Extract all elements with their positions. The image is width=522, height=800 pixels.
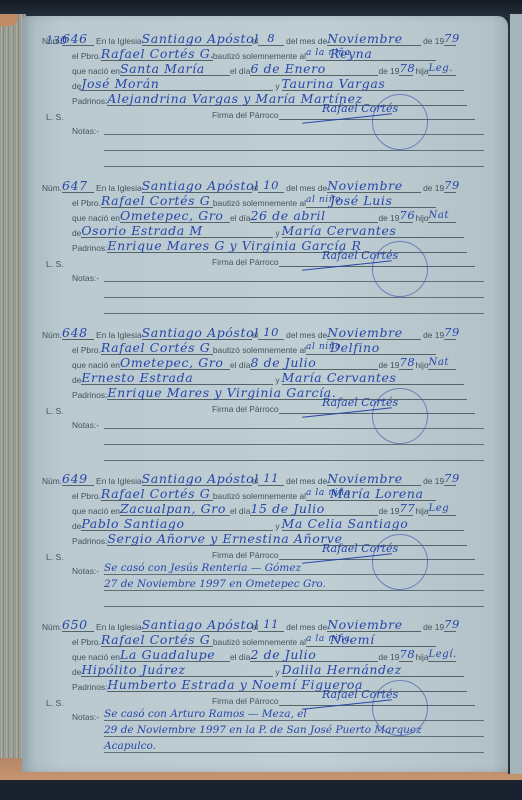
birth-place: Zacualpan, Gro (120, 502, 230, 516)
label-de: de (72, 228, 81, 238)
entry-number: 646 (62, 32, 94, 46)
birth-year: 77 (399, 502, 413, 516)
child-gender: al niño (306, 341, 330, 355)
label-birth-year: de 19 (378, 506, 399, 516)
notes-line-1 (104, 122, 484, 135)
legitimacy: Leg. (428, 62, 456, 76)
birth-place: Ometepec, Gro (120, 209, 230, 223)
label-y: y (275, 228, 279, 238)
baptism-year: 79 (444, 32, 456, 46)
mother-name: Dalila Hernández (282, 663, 464, 677)
label-baptized: bautizó solemnemente al (213, 51, 306, 61)
label-godparents: Padrinos: (72, 536, 107, 546)
label-day: el día (230, 652, 251, 662)
notes-line-1: Se casó con Jesús Renteria — Gómez (104, 562, 484, 575)
label-priest-signature: Firma del Párroco (212, 257, 279, 267)
label-church: En la Iglesia (96, 183, 142, 193)
baptism-month: Noviembre (327, 32, 421, 46)
notes-line-3 (104, 448, 484, 461)
child-name: Noemí (330, 633, 436, 647)
label-church: En la Iglesia (96, 330, 142, 340)
notes-line-1: Se casó con Arturo Ramos — Meza, el (104, 708, 484, 721)
father-name: Ernesto Estrada (81, 371, 273, 385)
mother-name: Taurina Vargas (282, 77, 464, 91)
baptism-day: 11 (258, 472, 284, 486)
baptism-day: 11 (258, 618, 284, 632)
label-notes: Notas:- (72, 712, 99, 722)
label-baptized: bautizó solemnemente al (213, 345, 306, 355)
label-priest-signature: Firma del Párroco (212, 696, 279, 706)
legitimacy: Legí. (428, 648, 456, 662)
label-month-of: del mes de (286, 330, 327, 340)
birth-year: 78 (399, 62, 413, 76)
label-baptized: bautizó solemnemente al (213, 637, 306, 647)
church-name: Santiago Apóstol (142, 618, 252, 632)
label-day: el día (230, 506, 251, 516)
label-ls: L. S. (46, 698, 64, 708)
baptism-year: 79 (444, 472, 456, 486)
label-num: Núm. (42, 183, 62, 193)
scan-background-bottom (0, 780, 522, 800)
birth-date: 15 de Julio (250, 502, 378, 516)
child-gender: al niño (306, 194, 330, 208)
label-priest: el Pbro. (72, 198, 101, 208)
notes-line-3: Acapulco. (104, 740, 484, 753)
father-name: José Morán (81, 77, 273, 91)
facing-page-edge (508, 14, 522, 774)
label-ls: L. S. (46, 552, 64, 562)
church-name: Santiago Apóstol (142, 32, 252, 46)
notes-line-2: 29 de Noviembre 1997 en la P. de San Jos… (104, 724, 484, 737)
priest-name: Rafael Cortés G (101, 633, 213, 647)
label-born-in: que nació en (72, 506, 120, 516)
label-year: de 19 (423, 476, 444, 486)
father-name: Pablo Santiago (81, 517, 273, 531)
child-gender: a la niña (306, 633, 330, 647)
label-godparents: Padrinos: (72, 96, 107, 106)
father-name: Osorio Estrada M (81, 224, 273, 238)
label-month-of: del mes de (286, 183, 327, 193)
legitimacy: Nat (428, 209, 456, 223)
priest-name: Rafael Cortés G (101, 341, 213, 355)
birth-year: 76 (399, 209, 413, 223)
birth-place: Santa María (120, 62, 230, 76)
birth-place: La Guadalupe (120, 648, 230, 662)
label-num: Núm. (42, 330, 62, 340)
priest-name: Rafael Cortés G. (101, 47, 213, 61)
child-gender: a la niña (306, 47, 330, 61)
label-year: de 19 (423, 36, 444, 46)
priest-name: Rafael Cortés G (101, 194, 213, 208)
church-name: Santiago Apóstol (142, 179, 252, 193)
label-notes: Notas:- (72, 420, 99, 430)
entry-number: 649 (62, 472, 94, 486)
notes-line-3 (104, 154, 484, 167)
label-ls: L. S. (46, 406, 64, 416)
label-de: de (72, 81, 81, 91)
label-notes: Notas:- (72, 126, 99, 136)
label-priest: el Pbro. (72, 345, 101, 355)
label-birth-year: de 19 (378, 360, 399, 370)
label-priest: el Pbro. (72, 637, 101, 647)
church-name: Santiago Apóstol (142, 326, 252, 340)
label-day: el día (230, 360, 251, 370)
label-month-of: del mes de (286, 622, 327, 632)
label-godparents: Padrinos: (72, 390, 107, 400)
label-baptized: bautizó solemnemente al (213, 198, 306, 208)
label-priest: el Pbro. (72, 491, 101, 501)
label-year: de 19 (423, 330, 444, 340)
notes-line-2 (104, 285, 484, 298)
label-born-in: que nació en (72, 652, 120, 662)
church-name: Santiago Apóstol (142, 472, 252, 486)
legitimacy: Leg (428, 502, 456, 516)
notes-line-3 (104, 301, 484, 314)
mother-name: Ma Celia Santiago (282, 517, 464, 531)
label-y: y (275, 521, 279, 531)
child-name: María Lorena (330, 487, 436, 501)
label-birth-year: de 19 (378, 652, 399, 662)
label-num: Núm. (42, 476, 62, 486)
notes-line-3 (104, 594, 484, 607)
label-y: y (275, 375, 279, 385)
label-born-in: que nació en (72, 66, 120, 76)
label-day: el día (230, 213, 251, 223)
baptism-year: 79 (444, 326, 456, 340)
child-relation: hija (415, 506, 428, 516)
label-year: de 19 (423, 183, 444, 193)
baptism-year: 79 (444, 618, 456, 632)
entry-number: 650 (62, 618, 94, 632)
child-name: Reyna (330, 47, 436, 61)
entry-number: 647 (62, 179, 94, 193)
label-priest-signature: Firma del Párroco (212, 110, 279, 120)
birth-place: Ometepec, Gro (120, 356, 230, 370)
child-name: Delfino (330, 341, 436, 355)
label-y: y (275, 667, 279, 677)
label-birth-year: de 19 (378, 213, 399, 223)
register-page: 130 Núm. 646 En la Iglesia Santiago Após… (22, 16, 508, 772)
mother-name: María Cervantes (282, 224, 464, 238)
label-ls: L. S. (46, 112, 64, 122)
baptism-month: Noviembre (327, 472, 421, 486)
baptism-month: Noviembre (327, 179, 421, 193)
notes-line-1 (104, 269, 484, 282)
birth-date: 2 de Julio (250, 648, 378, 662)
baptism-year: 79 (444, 179, 456, 193)
label-notes: Notas:- (72, 273, 99, 283)
child-relation: hija (415, 66, 428, 76)
notes-line-2 (104, 138, 484, 151)
label-baptized: bautizó solemnemente al (213, 491, 306, 501)
entry-number: 648 (62, 326, 94, 340)
label-y: y (275, 81, 279, 91)
baptism-day: 10 (258, 179, 284, 193)
label-num: Núm. (42, 622, 62, 632)
birth-year: 78 (399, 648, 413, 662)
baptism-day: 10 (258, 326, 284, 340)
label-de: de (72, 521, 81, 531)
label-birth-year: de 19 (378, 66, 399, 76)
label-godparents: Padrinos: (72, 682, 107, 692)
child-gender: a la niña (306, 487, 330, 501)
label-born-in: que nació en (72, 213, 120, 223)
label-month-of: del mes de (286, 476, 327, 486)
notes-line-1 (104, 416, 484, 429)
child-relation: hijo (415, 360, 428, 370)
birth-date: 8 de Julio (250, 356, 378, 370)
label-day: el día (230, 66, 251, 76)
label-church: En la Iglesia (96, 36, 142, 46)
label-year: de 19 (423, 622, 444, 632)
label-church: En la Iglesia (96, 622, 142, 632)
label-ls: L. S. (46, 259, 64, 269)
legitimacy: Nat (428, 356, 456, 370)
label-priest-signature: Firma del Párroco (212, 550, 279, 560)
label-de: de (72, 667, 81, 677)
child-name: José Luis (330, 194, 436, 208)
baptism-month: Noviembre (327, 618, 421, 632)
label-godparents: Padrinos: (72, 243, 107, 253)
label-month-of: del mes de (286, 36, 327, 46)
father-name: Hipólito Juárez (81, 663, 273, 677)
label-church: En la Iglesia (96, 476, 142, 486)
priest-name: Rafael Cortés G (101, 487, 213, 501)
mother-name: María Cervantes (282, 371, 464, 385)
baptism-day: 8 (258, 32, 284, 46)
label-priest: el Pbro. (72, 51, 101, 61)
baptism-month: Noviembre (327, 326, 421, 340)
notes-line-2: 27 de Noviembre 1997 en Ometepec Gro. (104, 578, 484, 591)
label-born-in: que nació en (72, 360, 120, 370)
label-de: de (72, 375, 81, 385)
birth-year: 78 (399, 356, 413, 370)
child-relation: hija (415, 652, 428, 662)
notes-line-2 (104, 432, 484, 445)
birth-date: 26 de abril (250, 209, 378, 223)
label-num: Núm. (42, 36, 62, 46)
label-priest-signature: Firma del Párroco (212, 404, 279, 414)
child-relation: hijo (415, 213, 428, 223)
birth-date: 6 de Enero (250, 62, 378, 76)
label-notes: Notas:- (72, 566, 99, 576)
